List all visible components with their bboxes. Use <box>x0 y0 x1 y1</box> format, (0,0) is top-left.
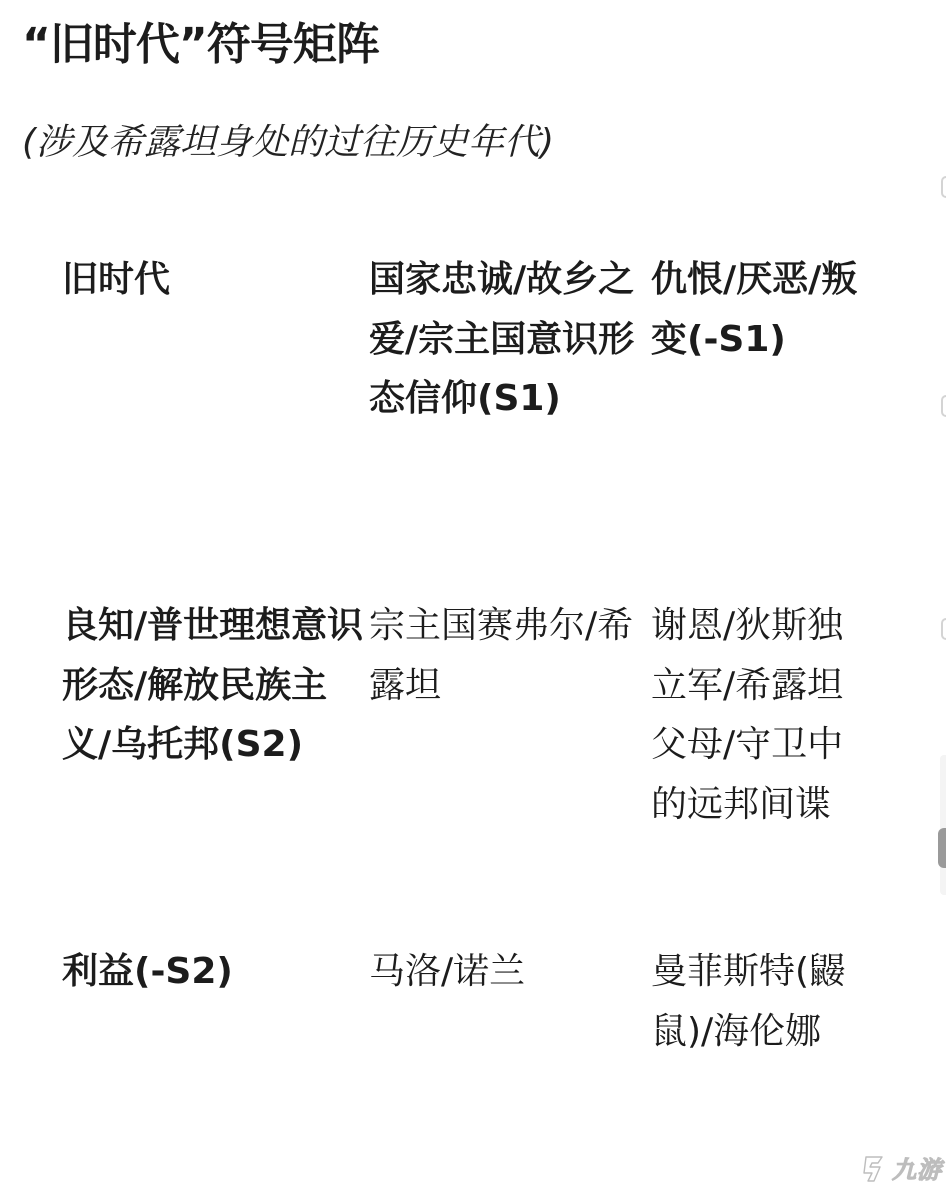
symbol-matrix: 旧时代 国家忠诚/故乡之爱/宗主国意识形态信仰(S1) 仇恨/厌恶/叛变(-S1… <box>62 250 882 1142</box>
matrix-cell-neg-s1-s2: 谢恩/狄斯独立军/希露坦父母/守卫中的远邦间谍 <box>651 596 861 834</box>
scrollbar-thumb[interactable] <box>938 828 946 868</box>
scrollbar-track[interactable] <box>940 755 946 895</box>
edge-handle <box>941 395 946 417</box>
watermark: 九游 <box>860 1150 942 1185</box>
edge-handle <box>941 176 946 198</box>
document-subtitle: (涉及希露坦身处的过往历史年代) <box>22 115 554 171</box>
matrix-row: 利益(-S2) 马洛/诺兰 曼菲斯特(鼹鼠)/海伦娜 <box>62 942 882 1142</box>
matrix-cell-s1-s2: 宗主国赛弗尔/希露坦 <box>369 596 651 715</box>
edge-handle <box>941 618 946 640</box>
matrix-row: 旧时代 国家忠诚/故乡之爱/宗主国意识形态信仰(S1) 仇恨/厌恶/叛变(-S1… <box>62 250 882 596</box>
jiuyou-logo-icon <box>860 1153 888 1183</box>
matrix-cell-neg-s1-neg-s2: 曼菲斯特(鼹鼠)/海伦娜 <box>651 942 861 1061</box>
watermark-text: 九游 <box>892 1150 942 1185</box>
matrix-cell-s1-neg-s2: 马洛/诺兰 <box>369 942 651 1002</box>
matrix-cell-neg-s2: 利益(-S2) <box>62 942 369 1002</box>
matrix-cell-s2: 良知/普世理想意识形态/解放民族主义/乌托邦(S2) <box>62 596 369 775</box>
document-title: “旧时代”符号矩阵 <box>22 14 379 76</box>
matrix-cell-old-era: 旧时代 <box>62 250 369 310</box>
matrix-cell-neg-s1: 仇恨/厌恶/叛变(-S1) <box>651 250 861 369</box>
matrix-cell-s1: 国家忠诚/故乡之爱/宗主国意识形态信仰(S1) <box>369 250 651 429</box>
matrix-row: 良知/普世理想意识形态/解放民族主义/乌托邦(S2) 宗主国赛弗尔/希露坦 谢恩… <box>62 596 882 942</box>
